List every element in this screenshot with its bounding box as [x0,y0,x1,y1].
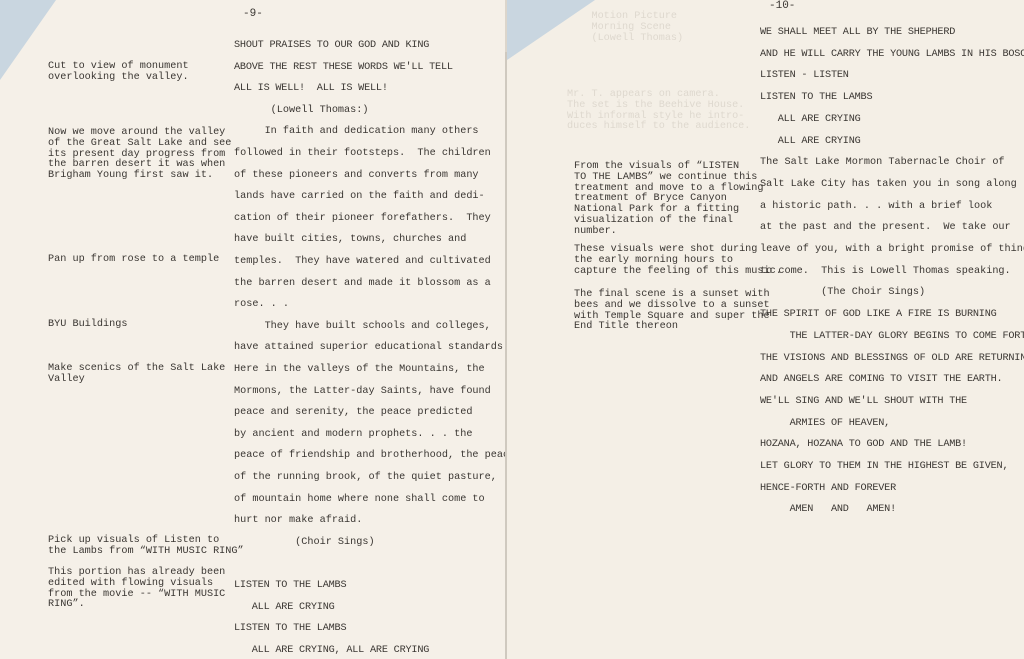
script-line: have attained superior educational stand… [234,342,506,353]
script-line: followed in their footsteps. The childre… [234,148,491,159]
script-line: lands have carried on the faith and dedi… [234,191,485,202]
background-corner [0,0,56,80]
script-line: LISTEN TO THE LAMBS [760,92,872,103]
script-line: ALL ARE CRYING [234,602,335,613]
script-line: HENCE-FORTH AND FOREVER [760,483,896,494]
page-number: -9- [243,8,263,20]
direction-note: These visuals were shot during the early… [574,245,782,277]
direction-note: The final scene is a sunset with bees an… [574,290,770,333]
background-corner [507,0,595,60]
script-line: at the past and the present. We take our [760,222,1011,233]
direction-note: From the visuals of “LISTEN TO THE LAMBS… [574,162,764,238]
script-line: SHOUT PRAISES TO OUR GOD AND KING [234,40,429,51]
script-line: LISTEN - LISTEN [760,70,849,81]
direction-note: BYU Buildings [48,320,127,331]
script-page-9: -9- Cut to view of monument overlooking … [0,0,506,659]
script-line: of the running brook, of the quiet pastu… [234,472,497,483]
direction-note: Cut to view of monument overlooking the … [48,62,189,84]
script-line: HOZANA, HOZANA TO GOD AND THE LAMB! [760,439,967,450]
script-line: Mormons, the Latter-day Saints, have fou… [234,386,491,397]
script-line: LISTEN TO THE LAMBS [234,580,346,591]
direction-note: Pick up visuals of Listen to the Lambs f… [48,536,244,558]
script-line: ALL ARE CRYING [760,136,861,147]
direction-note: Pan up from rose to a temple [48,255,219,266]
script-line: have built cities, towns, churches and [234,234,466,245]
script-line: temples. They have watered and cultivate… [234,256,491,267]
script-line: THE SPIRIT OF GOD LIKE A FIRE IS BURNING [760,309,997,320]
script-line: the barren desert and made it blossom as… [234,278,491,289]
script-line: LET GLORY TO THEM IN THE HIGHEST BE GIVE… [760,461,1008,472]
script-line: Salt Lake City has taken you in song alo… [760,179,1017,190]
script-line: Here in the valleys of the Mountains, th… [234,364,485,375]
script-line: leave of you, with a bright promise of t… [760,244,1024,255]
script-line: to come. This is Lowell Thomas speaking. [760,266,1011,277]
script-line: ALL IS WELL! ALL IS WELL! [234,83,388,94]
page-number: -10- [769,0,795,12]
script-line: ALL ARE CRYING [760,114,861,125]
script-line: by ancient and modern prophets. . . the [234,429,472,440]
script-line: cation of their pioneer forefathers. The… [234,213,491,224]
script-line: AMEN AND AMEN! [760,504,896,515]
direction-note: This portion has already been edited wit… [48,568,225,611]
script-line: AND HE WILL CARRY THE YOUNG LAMBS IN HIS… [760,49,1024,60]
script-line: peace of friendship and brotherhood, the… [234,450,506,461]
script-line: rose. . . [234,299,289,310]
script-line: THE VISIONS AND BLESSINGS OF OLD ARE RET… [760,353,1024,364]
script-line: THE LATTER-DAY GLORY BEGINS TO COME FORT… [760,331,1024,342]
script-line: hurt nor make afraid. [234,515,362,526]
script-line: ABOVE THE REST THESE WORDS WE'LL TELL [234,62,453,73]
script-line: (Choir Sings) [234,537,375,548]
script-line: LISTEN TO THE LAMBS [234,623,346,634]
script-line: WE'LL SING AND WE'LL SHOUT WITH THE [760,396,967,407]
script-line: (Lowell Thomas:) [234,105,369,116]
script-line: In faith and dedication many others [234,126,479,137]
script-line: of mountain home where none shall come t… [234,494,485,505]
direction-note: Now we move around the valley of the Gre… [48,128,231,182]
script-line: They have built schools and colleges, [234,321,491,332]
script-line: ALL ARE CRYING, ALL ARE CRYING [234,645,429,656]
bleed-through-text: Mr. T. appears on camera. The set is the… [567,90,750,133]
script-line: of these pioneers and converts from many [234,170,479,181]
script-line: peace and serenity, the peace predicted [234,407,472,418]
script-line: The Salt Lake Mormon Tabernacle Choir of [760,157,1005,168]
script-page-10: Motion Picture Morning Scene (Lowell Tho… [507,0,1024,659]
script-line: AND ANGELS ARE COMING TO VISIT THE EARTH… [760,374,1002,385]
script-line: a historic path. . . with a brief look [760,201,992,212]
script-line: ARMIES OF HEAVEN, [760,418,890,429]
script-line: (The Choir Sings) [760,287,925,298]
script-line: WE SHALL MEET ALL BY THE SHEPHERD [760,27,955,38]
direction-note: Make scenics of the Salt Lake Valley [48,364,225,386]
